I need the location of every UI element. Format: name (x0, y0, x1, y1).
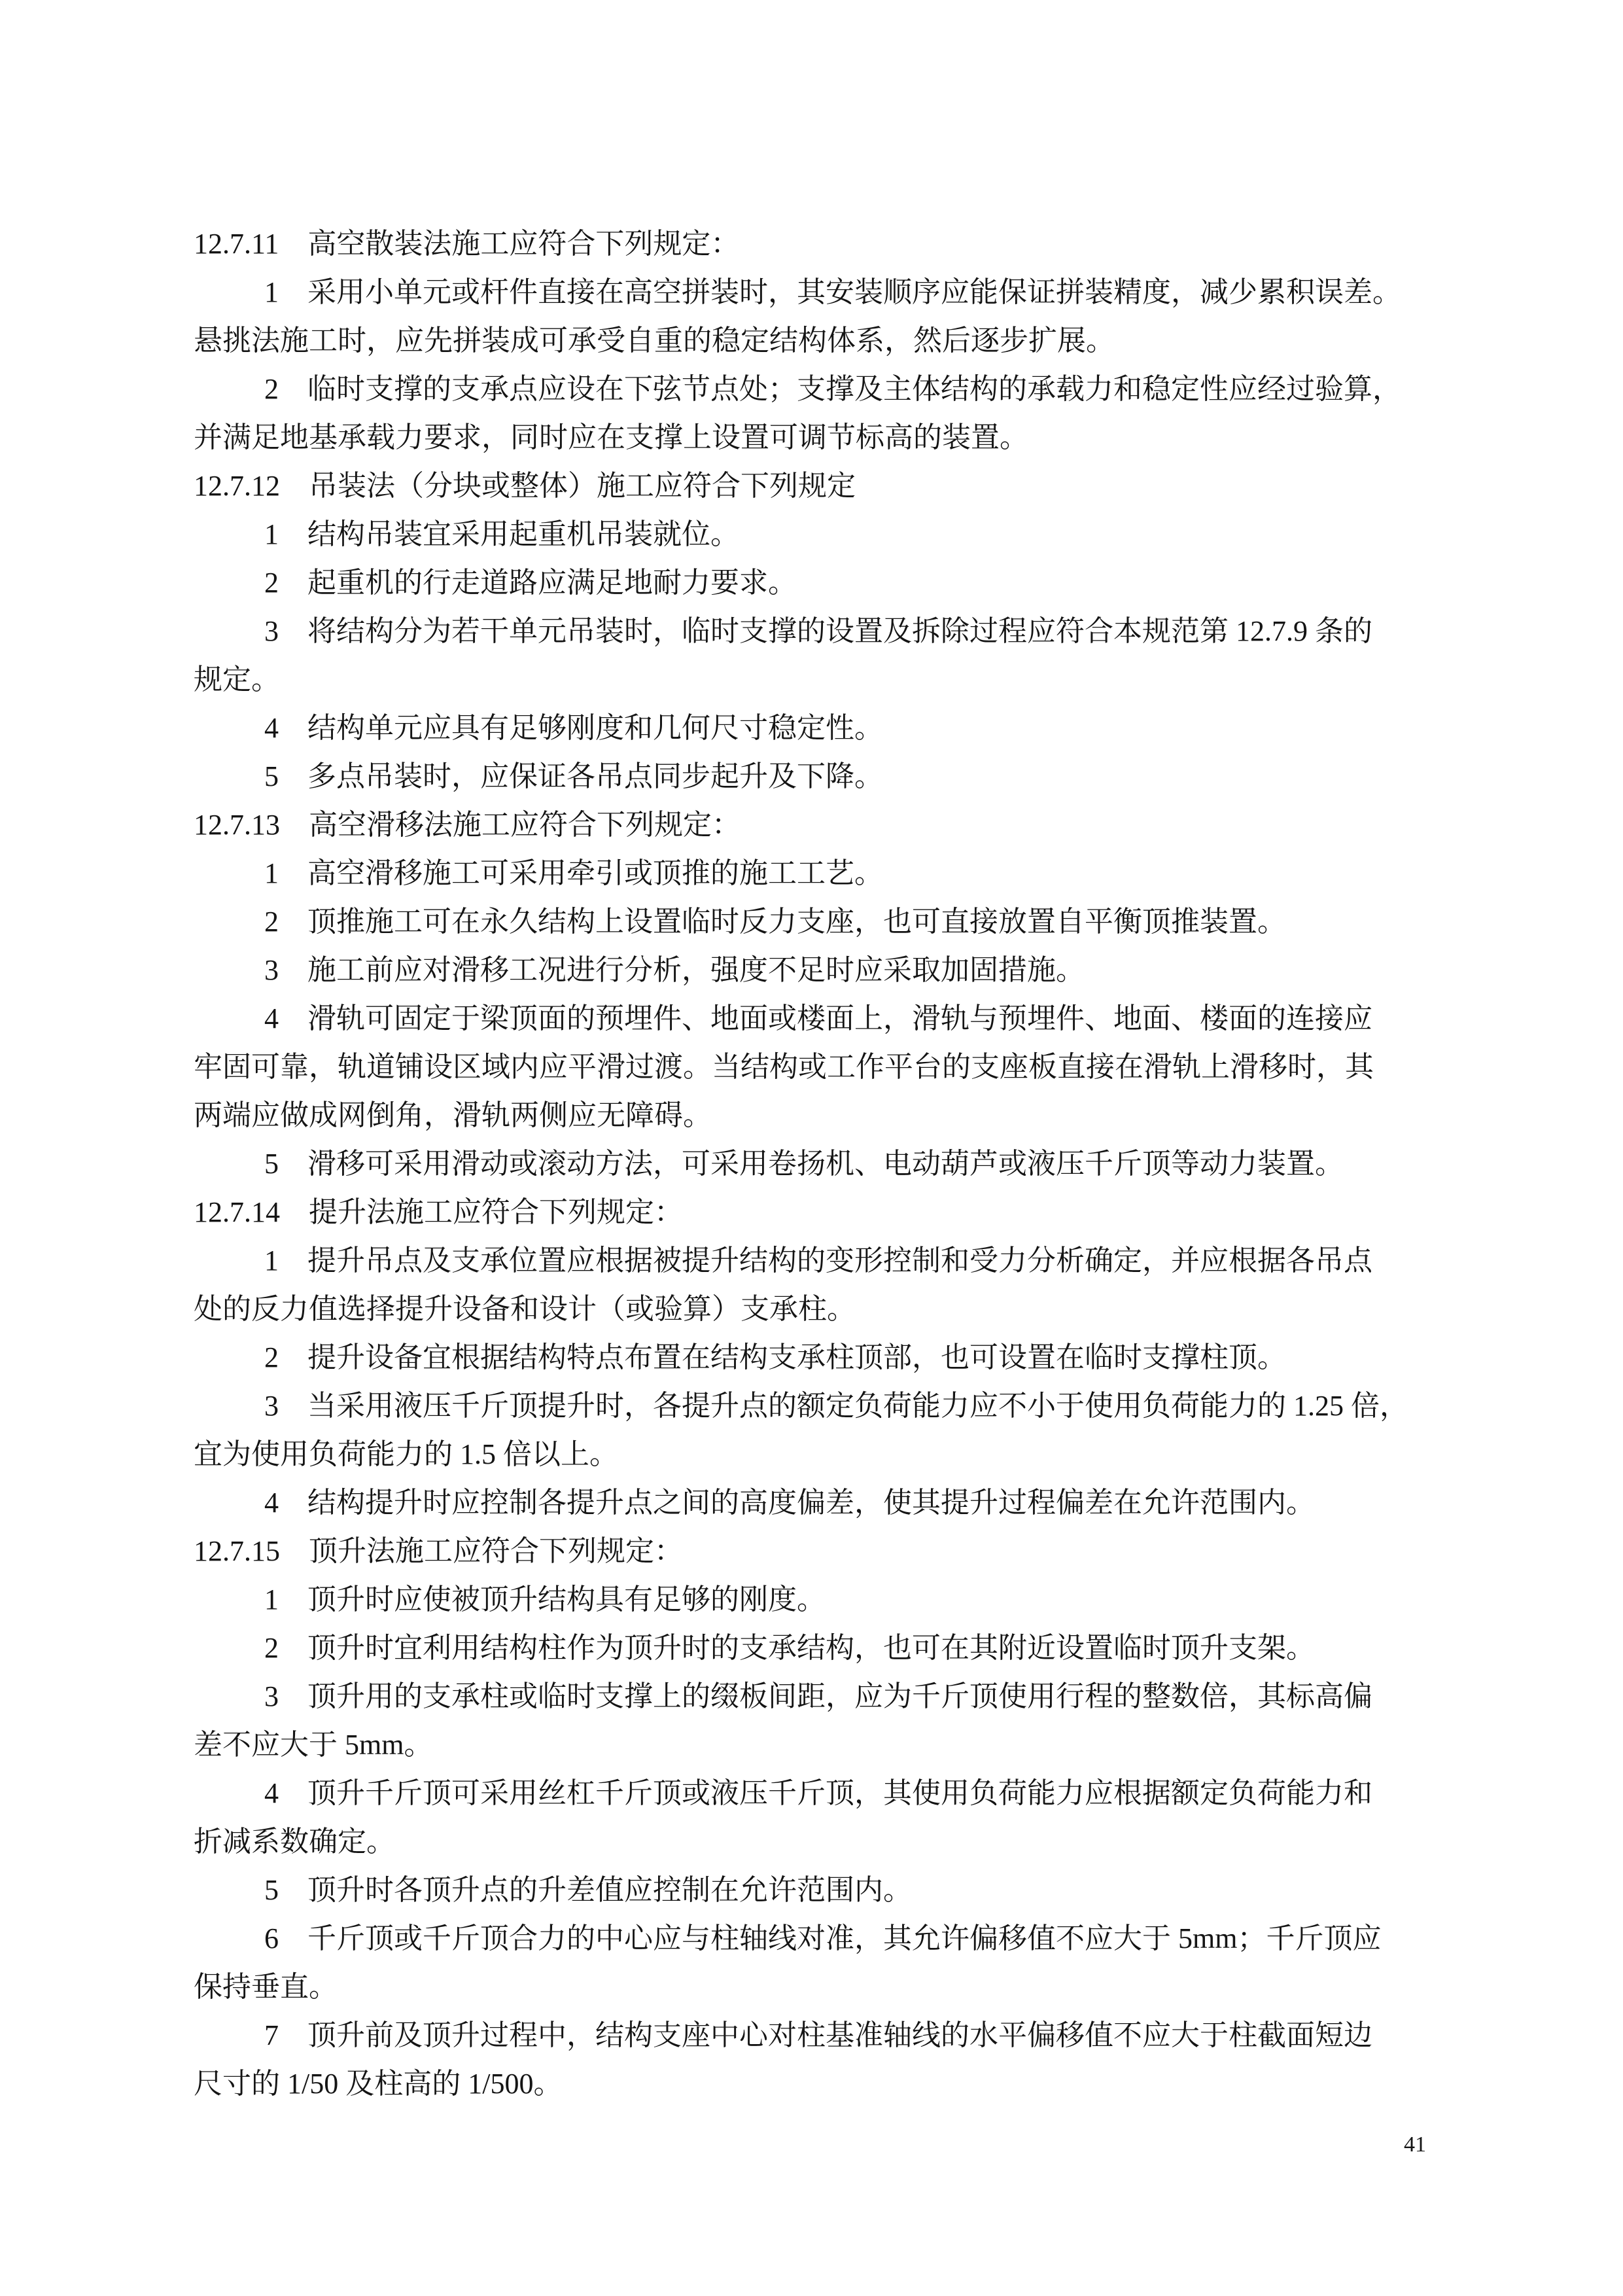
text-line: 3 顶升用的支承柱或临时支撑上的缀板间距，应为千斤顶使用行程的整数倍，其标高偏 (194, 1672, 1447, 1721)
text-line: 4 滑轨可固定于梁顶面的预埋件、地面或楼面上，滑轨与预埋件、地面、楼面的连接应 (194, 995, 1447, 1043)
text-line: 1 结构吊装宜采用起重机吊装就位。 (194, 510, 1447, 559)
text-line: 尺寸的 1/50 及柱高的 1/500。 (194, 2060, 1447, 2108)
text-line: 并满足地基承载力要求，同时应在支撑上设置可调节标高的装置。 (194, 414, 1447, 462)
text-line: 2 临时支撑的支承点应设在下弦节点处；支撑及主体结构的承载力和稳定性应经过验算， (194, 365, 1447, 414)
text-line: 12.7.14 提升法施工应符合下列规定： (194, 1188, 1447, 1237)
body-text: 12.7.11 高空散装法施工应符合下列规定： 1 采用小单元或杆件直接在高空拼… (194, 220, 1447, 2108)
document-page: 12.7.11 高空散装法施工应符合下列规定： 1 采用小单元或杆件直接在高空拼… (0, 0, 1623, 2296)
text-line: 7 顶升前及顶升过程中，结构支座中心对柱基准轴线的水平偏移值不应大于柱截面短边 (194, 2011, 1447, 2060)
text-line: 4 结构提升时应控制各提升点之间的高度偏差，使其提升过程偏差在允许范围内。 (194, 1479, 1447, 1527)
text-line: 5 多点吊装时，应保证各吊点同步起升及下降。 (194, 752, 1447, 801)
text-line: 12.7.11 高空散装法施工应符合下列规定： (194, 220, 1447, 268)
page-number: 41 (1404, 2130, 1426, 2159)
text-line: 3 施工前应对滑移工况进行分析，强度不足时应采取加固措施。 (194, 946, 1447, 995)
text-line: 2 起重机的行走道路应满足地耐力要求。 (194, 559, 1447, 607)
text-line: 规定。 (194, 656, 1447, 704)
text-line: 6 千斤顶或千斤顶合力的中心应与柱轴线对准，其允许偏移值不应大于 5mm；千斤顶… (194, 1915, 1447, 1963)
text-line: 2 顶升时宜利用结构柱作为顶升时的支承结构，也可在其附近设置临时顶升支架。 (194, 1624, 1447, 1672)
text-line: 12.7.13 高空滑移法施工应符合下列规定： (194, 801, 1447, 849)
text-line: 两端应做成网倒角，滑轨两侧应无障碍。 (194, 1091, 1447, 1140)
text-line: 差不应大于 5mm。 (194, 1721, 1447, 1769)
text-line: 5 滑移可采用滑动或滚动方法，可采用卷扬机、电动葫芦或液压千斤顶等动力装置。 (194, 1140, 1447, 1188)
text-line: 悬挑法施工时，应先拼装成可承受自重的稳定结构体系，然后逐步扩展。 (194, 317, 1447, 365)
text-line: 3 当采用液压千斤顶提升时，各提升点的额定负荷能力应不小于使用负荷能力的 1.2… (194, 1382, 1447, 1430)
text-line: 1 提升吊点及支承位置应根据被提升结构的变形控制和受力分析确定，并应根据各吊点 (194, 1237, 1447, 1285)
text-line: 牢固可靠，轨道铺设区域内应平滑过渡。当结构或工作平台的支座板直接在滑轨上滑移时，… (194, 1043, 1447, 1091)
text-line: 处的反力值选择提升设备和设计（或验算）支承柱。 (194, 1285, 1447, 1333)
text-line: 保持垂直。 (194, 1963, 1447, 2011)
text-line: 1 顶升时应使被顶升结构具有足够的刚度。 (194, 1576, 1447, 1624)
text-line: 折减系数确定。 (194, 1818, 1447, 1866)
text-line: 3 将结构分为若干单元吊装时，临时支撑的设置及拆除过程应符合本规范第 12.7.… (194, 607, 1447, 656)
text-line: 宜为使用负荷能力的 1.5 倍以上。 (194, 1430, 1447, 1479)
text-line: 4 顶升千斤顶可采用丝杠千斤顶或液压千斤顶，其使用负荷能力应根据额定负荷能力和 (194, 1769, 1447, 1818)
text-line: 1 采用小单元或杆件直接在高空拼装时，其安装顺序应能保证拼装精度，减少累积误差。 (194, 268, 1447, 317)
text-line: 4 结构单元应具有足够刚度和几何尺寸稳定性。 (194, 704, 1447, 752)
text-line: 12.7.12 吊装法（分块或整体）施工应符合下列规定 (194, 462, 1447, 510)
text-line: 2 顶推施工可在永久结构上设置临时反力支座，也可直接放置自平衡顶推装置。 (194, 898, 1447, 946)
text-line: 2 提升设备宜根据结构特点布置在结构支承柱顶部，也可设置在临时支撑柱顶。 (194, 1333, 1447, 1382)
text-line: 5 顶升时各顶升点的升差值应控制在允许范围内。 (194, 1866, 1447, 1915)
text-line: 12.7.15 顶升法施工应符合下列规定： (194, 1527, 1447, 1576)
text-line: 1 高空滑移施工可采用牵引或顶推的施工工艺。 (194, 849, 1447, 898)
